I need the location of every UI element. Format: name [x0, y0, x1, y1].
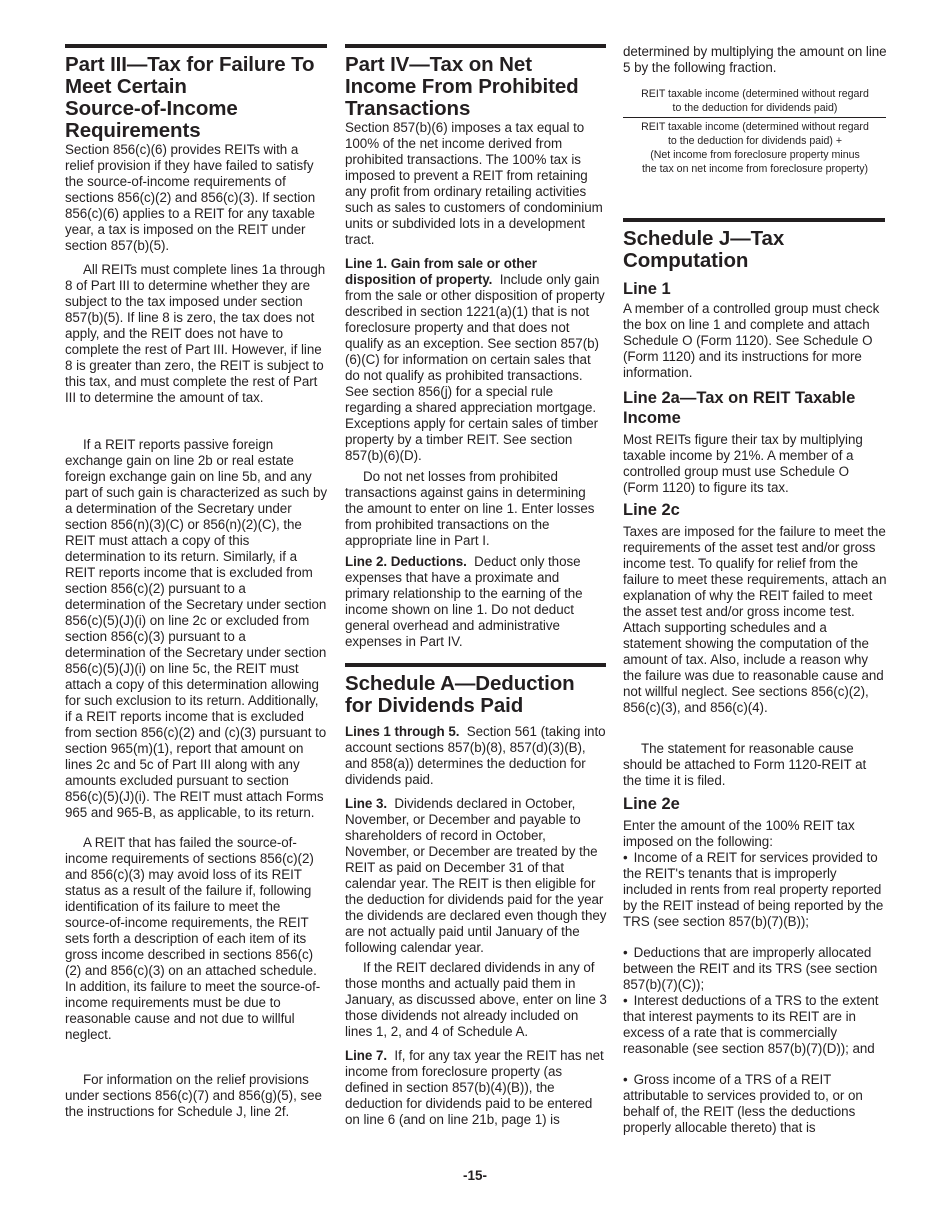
scheduleA-line3-text: Dividends declared in October, November,…: [345, 796, 606, 955]
fraction-numerator: REIT taxable income (determined without …: [623, 87, 887, 115]
scheduleJ-line2e-bullet-1: Income of a REIT for services provided t…: [623, 850, 887, 930]
page-number: -15-: [0, 1168, 950, 1183]
scheduleA-line7: Line 7. If, for any tax year the REIT ha…: [345, 1048, 607, 1128]
part3-heading: Part III—Tax for Failure To Meet Certain…: [65, 54, 329, 142]
part3-paragraph-3: If a REIT reports passive foreign exchan…: [65, 437, 327, 821]
fraction-denominator: REIT taxable income (determined without …: [623, 120, 887, 176]
scheduleA-lines1to5: Lines 1 through 5. Section 561 (taking i…: [345, 724, 607, 788]
scheduleA-line7-label: Line 7.: [345, 1048, 387, 1063]
scheduleJ-heading: Schedule J—Tax Computation: [623, 228, 887, 272]
scheduleJ-line1-heading: Line 1: [623, 279, 671, 299]
part4-line1: Line 1. Gain from sale or other disposit…: [345, 256, 607, 464]
part3-paragraph-5: For information on the relief provisions…: [65, 1072, 327, 1120]
scheduleA-heading: Schedule A—Deduction for Dividends Paid: [345, 673, 609, 717]
scheduleJ-line2e-bullet-2: Deductions that are improperly allocated…: [623, 945, 887, 993]
scheduleJ-line1-text: A member of a controlled group must chec…: [623, 301, 887, 381]
fraction-bar: [623, 117, 886, 118]
part4-intro: Section 857(b)(6) imposes a tax equal to…: [345, 120, 607, 248]
scheduleJ-line2a-heading: Line 2a—Tax on REIT Taxable Income: [623, 388, 887, 428]
part4-line2: Line 2. Deductions. Deduct only those ex…: [345, 554, 607, 650]
part3-paragraph-1: Section 856(c)(6) provides REITs with a …: [65, 142, 327, 254]
scheduleJ-line2c-followup: The statement for reasonable cause shoul…: [623, 741, 887, 789]
scheduleA-line3-followup: If the REIT declared dividends in any of…: [345, 960, 607, 1040]
section-rule: [623, 218, 885, 222]
scheduleA-lines1to5-label: Lines 1 through 5.: [345, 724, 459, 739]
part4-line2-label: Line 2. Deductions.: [345, 554, 467, 569]
scheduleJ-line2c-text: Taxes are imposed for the failure to mee…: [623, 524, 887, 716]
scheduleJ-line2e-intro: Enter the amount of the 100% REIT tax im…: [623, 818, 887, 850]
part4-line1-text: Include only gain from the sale or other…: [345, 272, 605, 463]
part3-paragraph-4: A REIT that has failed the source-of-inc…: [65, 835, 327, 1043]
part3-paragraph-2: All REITs must complete lines 1a through…: [65, 262, 327, 406]
scheduleJ-line2e-bullet-3: Interest deductions of a TRS to the exte…: [623, 993, 887, 1057]
section-rule: [345, 44, 606, 48]
scheduleA-line3-label: Line 3.: [345, 796, 387, 811]
scheduleJ-line2c-heading: Line 2c: [623, 500, 680, 520]
scheduleA-line3: Line 3. Dividends declared in October, N…: [345, 796, 607, 956]
section-rule: [345, 663, 606, 667]
scheduleJ-line2e-bullet-4: Gross income of a TRS of a REIT attribut…: [623, 1072, 887, 1136]
part4-heading: Part IV—Tax on Net Income From Prohibite…: [345, 54, 609, 120]
scheduleA-line7-continued: determined by multiplying the amount on …: [623, 44, 887, 76]
section-rule: [65, 44, 327, 48]
scheduleJ-line2a-text: Most REITs figure their tax by multiplyi…: [623, 432, 887, 496]
part4-line1-followup: Do not net losses from prohibited transa…: [345, 469, 607, 549]
scheduleJ-line2e-heading: Line 2e: [623, 794, 680, 814]
